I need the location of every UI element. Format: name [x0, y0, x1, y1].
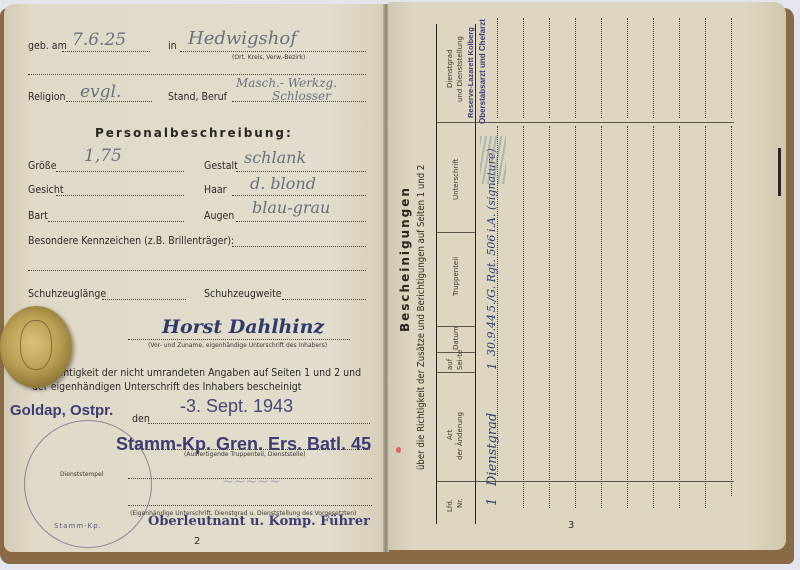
build-label: Gestalt [204, 160, 238, 172]
officer-signature: ~~~~~ [222, 474, 281, 490]
row-line [653, 126, 654, 508]
shoe-length-label: Schuhzeuglänge [28, 288, 106, 300]
row-rule [476, 481, 734, 482]
page-number-left: 2 [194, 536, 200, 547]
column-header-art-line2: der Änderung [456, 412, 464, 460]
row-line [653, 18, 654, 118]
page-number-right: 3 [568, 520, 574, 531]
right-page-title: Bescheinigungen [398, 186, 412, 332]
beard-label: Bart [28, 210, 48, 222]
birth-place-hint: (Ort, Kreis, Verw.-Bezirk) [232, 54, 305, 61]
section-title-personal-description: Personalbeschreibung: [95, 126, 293, 140]
certification-line-1: chtigkeit der nicht umrandeten Angaben a… [58, 367, 361, 379]
dotted-line [56, 195, 184, 196]
birth-place-label: in [168, 40, 177, 52]
row-line [575, 18, 576, 118]
dotted-line [180, 51, 366, 52]
right-page-subtitle: über die Richtigkeit der Zusätze und Ber… [416, 165, 427, 470]
dotted-line [62, 51, 150, 52]
header-divider [437, 372, 475, 373]
dotted-line [232, 246, 366, 247]
page-edge-mark [778, 148, 781, 196]
row-line [523, 18, 524, 118]
table-rule [475, 24, 476, 524]
eyes-label: Augen [204, 210, 234, 222]
birth-place-value: Hedwigshof [188, 28, 297, 49]
dotted-line [232, 195, 366, 196]
height-value: 1,75 [84, 146, 122, 166]
dotted-line [236, 171, 366, 172]
row-line [679, 126, 680, 508]
shoe-width-label: Schuhzeugweite [204, 288, 282, 300]
religion-value: evgl. [80, 82, 121, 102]
row-1-stamp-line2: Oberstabsarzt und Chefarzt [478, 19, 487, 124]
column-header-nr: Lfd. [446, 499, 454, 512]
row-line [601, 126, 602, 508]
row-line [497, 126, 498, 476]
row-line [731, 18, 732, 118]
dotted-line [236, 221, 366, 222]
column-header-dienstgrad-line2: und Dienststellung [456, 36, 464, 102]
header-divider [437, 232, 475, 233]
header-divider [437, 481, 475, 482]
dotted-line [28, 270, 366, 271]
row-line [627, 18, 628, 118]
row-line [575, 126, 576, 508]
place-stamp: Goldap, Ostpr. [10, 402, 113, 419]
row-1-signature-scribble [480, 136, 506, 184]
row-line [705, 18, 706, 118]
dotted-line [282, 299, 366, 300]
dotted-line [148, 423, 370, 424]
column-header-seite: auf [446, 359, 454, 370]
red-ink-mark [396, 447, 401, 453]
column-header-nr-line2: Nr. [456, 498, 464, 508]
occupation-value-line1: Masch.- Werkzg. [236, 76, 337, 90]
row-line [549, 126, 550, 508]
official-stamp-ring-text: Stamm-Kp. [54, 522, 102, 530]
header-divider [437, 122, 475, 123]
row-1-stamp-line1: Reserve-Lazarett Kolberg [466, 27, 475, 118]
religion-label: Religion [28, 91, 66, 103]
dotted-line [28, 74, 366, 75]
unit-hint: (Ausfertigende Truppenteil, Dienststelle… [184, 451, 306, 458]
dotted-line [128, 505, 372, 506]
dotted-line [56, 171, 184, 172]
occupation-value-line2: Schlosser [272, 89, 331, 103]
dotted-line [128, 339, 350, 340]
holder-signature: Horst Dahlhinz [162, 316, 324, 338]
euro-coin [0, 306, 72, 388]
height-label: Größe [28, 160, 57, 172]
column-header-seite-line2: Sei-te [456, 350, 464, 370]
row-line [549, 18, 550, 118]
certification-line-2: der eigenhändigen Unterschrift des Inhab… [32, 381, 301, 393]
row-line [705, 126, 706, 508]
birth-date-value: 7.6.25 [72, 30, 126, 50]
column-header-truppenteil: Truppenteil [452, 257, 460, 296]
row-line [601, 18, 602, 118]
occupation-label: Stand, Beruf [168, 91, 227, 103]
row-line [497, 18, 498, 118]
row-line [731, 126, 732, 496]
build-value: schlank [244, 148, 306, 167]
hair-value: d. blond [250, 174, 316, 193]
row-rule [476, 122, 734, 123]
row-line [523, 126, 524, 508]
hair-label: Haar [204, 184, 227, 196]
row-line [627, 126, 628, 508]
eyes-value: blau-grau [252, 198, 330, 217]
date-stamp: -3. Sept. 1943 [180, 396, 293, 417]
dotted-line [48, 221, 184, 222]
row-1-nr: 1 [485, 498, 500, 506]
table-rule [436, 24, 437, 524]
holder-signature-hint: (Vor- und Zuname, eigenhändige Unterschr… [148, 342, 327, 349]
column-header-dienstgrad: Dienstgrad [446, 49, 454, 88]
column-header-datum: Datum [452, 326, 460, 350]
official-stamp-label: Dienststempel [60, 471, 103, 478]
column-header-unterschrift: Unterschrift [452, 159, 460, 200]
column-header-art: Art [446, 430, 454, 440]
birth-date-label: geb. am [28, 40, 67, 52]
officer-stamp: Oberleutnant u. Komp. Führer [148, 514, 370, 529]
dotted-line [102, 299, 186, 300]
row-line [679, 18, 680, 118]
coin-face-icon [20, 320, 52, 370]
special-marks-label: Besondere Kennzeichen (z.B. Brillenträge… [28, 235, 234, 247]
